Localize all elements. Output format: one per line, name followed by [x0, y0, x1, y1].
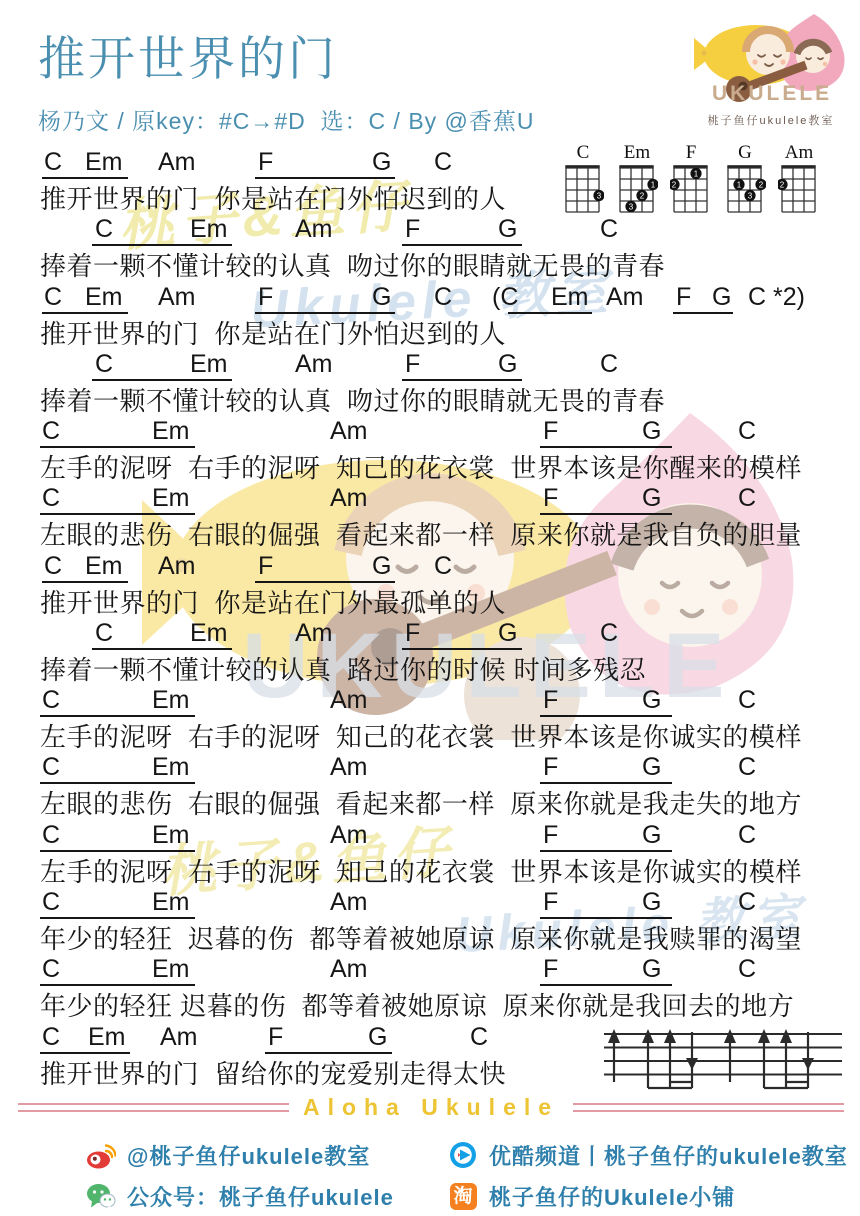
chord-token: F	[258, 552, 273, 581]
lyric-line: 左手的泥呀 右手的泥呀 知己的花衣裳 世界本该是你醒来的模样	[40, 448, 802, 485]
chord-token: C	[42, 417, 60, 446]
chord-token: G	[642, 686, 661, 715]
svg-text:1: 1	[694, 169, 699, 178]
chord-token: C	[44, 148, 62, 177]
strum-pattern-diagram	[598, 1022, 848, 1094]
footer-item: 淘桃子鱼仔的Ukulele小铺	[448, 1179, 848, 1213]
header: 推开世界的门 杨乃文 / 原key：#C→#D 选：C / By @香蕉U	[38, 22, 535, 136]
page-title: 推开世界的门	[38, 22, 535, 89]
lyric-line: 捧着一颗不懂计较的认真 路过你的时候 时间多残忍	[40, 650, 646, 687]
chord-token: Am	[330, 686, 368, 715]
chord-token: C	[738, 821, 756, 850]
chord-token: F	[258, 283, 273, 312]
chord-token: Em	[85, 148, 123, 177]
footer-divider: Aloha Ukulele	[18, 1094, 844, 1120]
chord-token: F	[543, 753, 558, 782]
chord-token: F	[258, 148, 273, 177]
chord-diagram-row: C3Em123F12G123Am2	[562, 144, 820, 215]
song-line: CEmAmFGC年少的轻狂 迟暮的伤 都等着被她原谅 原来你就是我回去的地方	[0, 955, 860, 1022]
chord-token: G	[498, 215, 517, 244]
chord-token: G	[642, 821, 661, 850]
chord-name: F	[670, 144, 712, 162]
lyric-line: 年少的轻狂 迟暮的伤 都等着被她原谅 原来你就是我回去的地方	[40, 986, 794, 1023]
chord-token: F	[543, 484, 558, 513]
chord-token: F	[543, 955, 558, 984]
chord-token: Em	[88, 1023, 126, 1052]
chord-token: Am	[295, 619, 333, 648]
lyric-line: 左手的泥呀 右手的泥呀 知己的花衣裳 世界本该是你诚实的模样	[40, 852, 802, 889]
chord-token: C	[42, 484, 60, 513]
chord-grid: 123	[724, 163, 766, 215]
weibo-icon	[86, 1141, 116, 1170]
lyric-line: 推开世界的门 你是站在门外怕迟到的人	[40, 314, 506, 351]
chord-token: Am	[295, 215, 333, 244]
chord-token: Em	[85, 283, 123, 312]
song-line: CEmAmFGC左手的泥呀 右手的泥呀 知己的花衣裳 世界本该是你诚实的模样	[0, 821, 860, 888]
chord-token: G	[712, 283, 731, 312]
lyric-line: 推开世界的门 你是站在门外最孤单的人	[40, 583, 506, 620]
chord-token: C	[42, 888, 60, 917]
chord-token: Am	[330, 417, 368, 446]
studio-logo: UKULELE 桃子鱼仔ukulele教室	[686, 8, 856, 132]
svg-text:1: 1	[651, 180, 656, 189]
chord-token: C	[42, 686, 60, 715]
chord-token: F	[543, 888, 558, 917]
chord-token: Am	[158, 552, 196, 581]
footer-item: 优酷频道丨桃子鱼仔的ukulele教室	[448, 1138, 848, 1172]
chord-grid: 2	[778, 163, 820, 215]
chord-token: Am	[330, 821, 368, 850]
song-line: CEmAmFGC左手的泥呀 右手的泥呀 知己的花衣裳 世界本该是你诚实的模样	[0, 686, 860, 753]
chord-name: Em	[616, 144, 658, 162]
chord-token: C *2)	[748, 283, 805, 312]
chord-token: C	[95, 350, 113, 379]
chord-token: Em	[85, 552, 123, 581]
chord-grid: 123	[616, 163, 658, 215]
lyric-line: 捧着一颗不懂计较的认真 吻过你的眼睛就无畏的青春	[40, 381, 665, 418]
chord-token: Am	[330, 888, 368, 917]
svg-text:2: 2	[640, 191, 645, 200]
chord-token: F	[405, 215, 420, 244]
chord-token: C	[434, 283, 452, 312]
chord-diagram-C: C3	[562, 144, 604, 215]
chord-token: C	[95, 215, 113, 244]
song-meta: 杨乃文 / 原key：#C→#D 选：C / By @香蕉U	[38, 103, 535, 136]
chord-token: C	[434, 148, 452, 177]
chord-token: F	[405, 350, 420, 379]
chord-grid: 3	[562, 163, 604, 215]
chord-token: C	[738, 753, 756, 782]
chord-token: C	[470, 1023, 488, 1052]
chord-token: Em	[152, 417, 190, 446]
chord-token: G	[372, 148, 391, 177]
chord-token: F	[676, 283, 691, 312]
lyric-line: 左眼的悲伤 右眼的倔强 看起来都一样 原来你就是我走失的地方	[40, 784, 802, 821]
lyric-line: 推开世界的门 你是站在门外怕迟到的人	[40, 179, 506, 216]
song-line: CEmAmFGC左眼的悲伤 右眼的倔强 看起来都一样 原来你就是我自负的胆量	[0, 484, 860, 551]
lyric-line: 年少的轻狂 迟暮的伤 都等着被她原谅 原来你就是我赎罪的渴望	[40, 919, 802, 956]
song-line: CEmAmFGC左手的泥呀 右手的泥呀 知己的花衣裳 世界本该是你醒来的模样	[0, 417, 860, 484]
chord-token: C	[44, 552, 62, 581]
chord-token: Am	[158, 283, 196, 312]
chord-name: Am	[778, 144, 820, 162]
lyric-line: 左眼的悲伤 右眼的倔强 看起来都一样 原来你就是我自负的胆量	[40, 515, 802, 552]
chord-token: Am	[330, 484, 368, 513]
chord-token: G	[372, 283, 391, 312]
chord-token: F	[543, 417, 558, 446]
chord-token: Am	[160, 1023, 198, 1052]
chord-token: Em	[152, 955, 190, 984]
footer-social: @桃子鱼仔ukulele教室优酷频道丨桃子鱼仔的ukulele教室公众号：桃子鱼…	[86, 1138, 842, 1213]
chord-token: C	[600, 215, 618, 244]
chord-token: Em	[152, 686, 190, 715]
lyric-line: 左手的泥呀 右手的泥呀 知己的花衣裳 世界本该是你诚实的模样	[40, 717, 802, 754]
footer-item-label: @桃子鱼仔ukulele教室	[127, 1140, 370, 1171]
chord-token: Am	[606, 283, 644, 312]
footer-item-label: 公众号：桃子鱼仔ukulele	[127, 1181, 394, 1212]
chord-token: G	[642, 417, 661, 446]
song-line: CEmAmFGC捧着一颗不懂计较的认真 吻过你的眼睛就无畏的青春	[0, 215, 860, 282]
chord-token: G	[498, 619, 517, 648]
chord-token: G	[642, 753, 661, 782]
svg-text:3: 3	[597, 191, 602, 200]
chord-grid: 12	[670, 163, 712, 215]
chord-diagram-G: G123	[724, 144, 766, 215]
svg-text:3: 3	[629, 202, 634, 211]
chord-token: F	[268, 1023, 283, 1052]
song-line: CEmAmFGC左眼的悲伤 右眼的倔强 看起来都一样 原来你就是我走失的地方	[0, 753, 860, 820]
chord-token: C	[42, 753, 60, 782]
chord-token: Am	[158, 148, 196, 177]
chord-sheet-page: UKULELE 桃子&鱼仔Ukulele 教室桃子&鱼仔Ukulele 教室 推…	[0, 0, 860, 1216]
chord-name: G	[724, 144, 766, 162]
chord-token: G	[498, 350, 517, 379]
chord-token: C	[44, 283, 62, 312]
chord-token: C	[738, 686, 756, 715]
chord-token: (C	[492, 283, 518, 312]
chord-name: C	[562, 144, 604, 162]
chord-diagram-Em: Em123	[616, 144, 658, 215]
svg-text:2: 2	[780, 180, 785, 189]
chord-token: Em	[551, 283, 589, 312]
song-line: CEmAmFGC捧着一颗不懂计较的认真 路过你的时候 时间多残忍	[0, 619, 860, 686]
chord-underline	[508, 312, 592, 314]
chord-token: F	[405, 619, 420, 648]
chord-token: F	[543, 821, 558, 850]
wechat-icon	[86, 1182, 116, 1211]
song-line: CEmAmFGC捧着一颗不懂计较的认真 吻过你的眼睛就无畏的青春	[0, 350, 860, 417]
divider-line	[18, 1103, 289, 1112]
chord-token: C	[42, 1023, 60, 1052]
chord-token: Em	[190, 215, 228, 244]
taobao-icon: 淘	[448, 1182, 478, 1211]
chord-token: Am	[330, 955, 368, 984]
svg-text:3: 3	[748, 191, 753, 200]
chord-underline	[673, 312, 733, 314]
chord-token: F	[543, 686, 558, 715]
chord-token: G	[642, 955, 661, 984]
chord-diagram-F: F12	[670, 144, 712, 215]
lyric-line: 捧着一颗不懂计较的认真 吻过你的眼睛就无畏的青春	[40, 246, 665, 283]
taobao-glyph: 淘	[450, 1183, 477, 1210]
chord-token: C	[738, 955, 756, 984]
song-line: CEmAmFGC(CEmAmFGC *2)推开世界的门 你是站在门外怕迟到的人	[0, 283, 860, 350]
studio-logo-brand: UKULELE	[712, 82, 832, 106]
chord-token: C	[42, 955, 60, 984]
chord-token: G	[642, 484, 661, 513]
song-line: CEmAmFGC年少的轻狂 迟暮的伤 都等着被她原谅 原来你就是我赎罪的渴望	[0, 888, 860, 955]
chord-token: C	[600, 619, 618, 648]
chord-token: Am	[330, 753, 368, 782]
svg-text:1: 1	[737, 180, 742, 189]
chord-token: Em	[152, 888, 190, 917]
chord-token: C	[738, 417, 756, 446]
divider-line	[573, 1103, 844, 1112]
divider-label: Aloha Ukulele	[303, 1094, 559, 1121]
chord-token: G	[642, 888, 661, 917]
chord-token: C	[600, 350, 618, 379]
chord-token: Am	[295, 350, 333, 379]
chord-diagram-Am: Am2	[778, 144, 820, 215]
chord-token: C	[42, 821, 60, 850]
chord-token: C	[434, 552, 452, 581]
footer-item-label: 优酷频道丨桃子鱼仔的ukulele教室	[489, 1140, 848, 1171]
footer-item: 公众号：桃子鱼仔ukulele	[86, 1179, 448, 1213]
chord-token: C	[738, 888, 756, 917]
footer-item: @桃子鱼仔ukulele教室	[86, 1138, 448, 1172]
youku-icon	[448, 1141, 478, 1170]
chord-token: G	[372, 552, 391, 581]
chord-token: Em	[152, 484, 190, 513]
svg-text:2: 2	[759, 180, 764, 189]
chord-token: Em	[190, 350, 228, 379]
lyric-line: 推开世界的门 留给你的宠爱别走得太快	[40, 1054, 506, 1091]
chord-token: C	[95, 619, 113, 648]
footer-item-label: 桃子鱼仔的Ukulele小铺	[489, 1181, 735, 1212]
chord-token: Em	[152, 753, 190, 782]
studio-logo-caption: 桃子鱼仔ukulele教室	[686, 112, 856, 128]
chord-token: G	[368, 1023, 387, 1052]
chord-token: Em	[190, 619, 228, 648]
chord-token: C	[738, 484, 756, 513]
song-line: CEmAmFGC推开世界的门 你是站在门外最孤单的人	[0, 552, 860, 619]
chord-token: Em	[152, 821, 190, 850]
svg-text:2: 2	[672, 180, 677, 189]
